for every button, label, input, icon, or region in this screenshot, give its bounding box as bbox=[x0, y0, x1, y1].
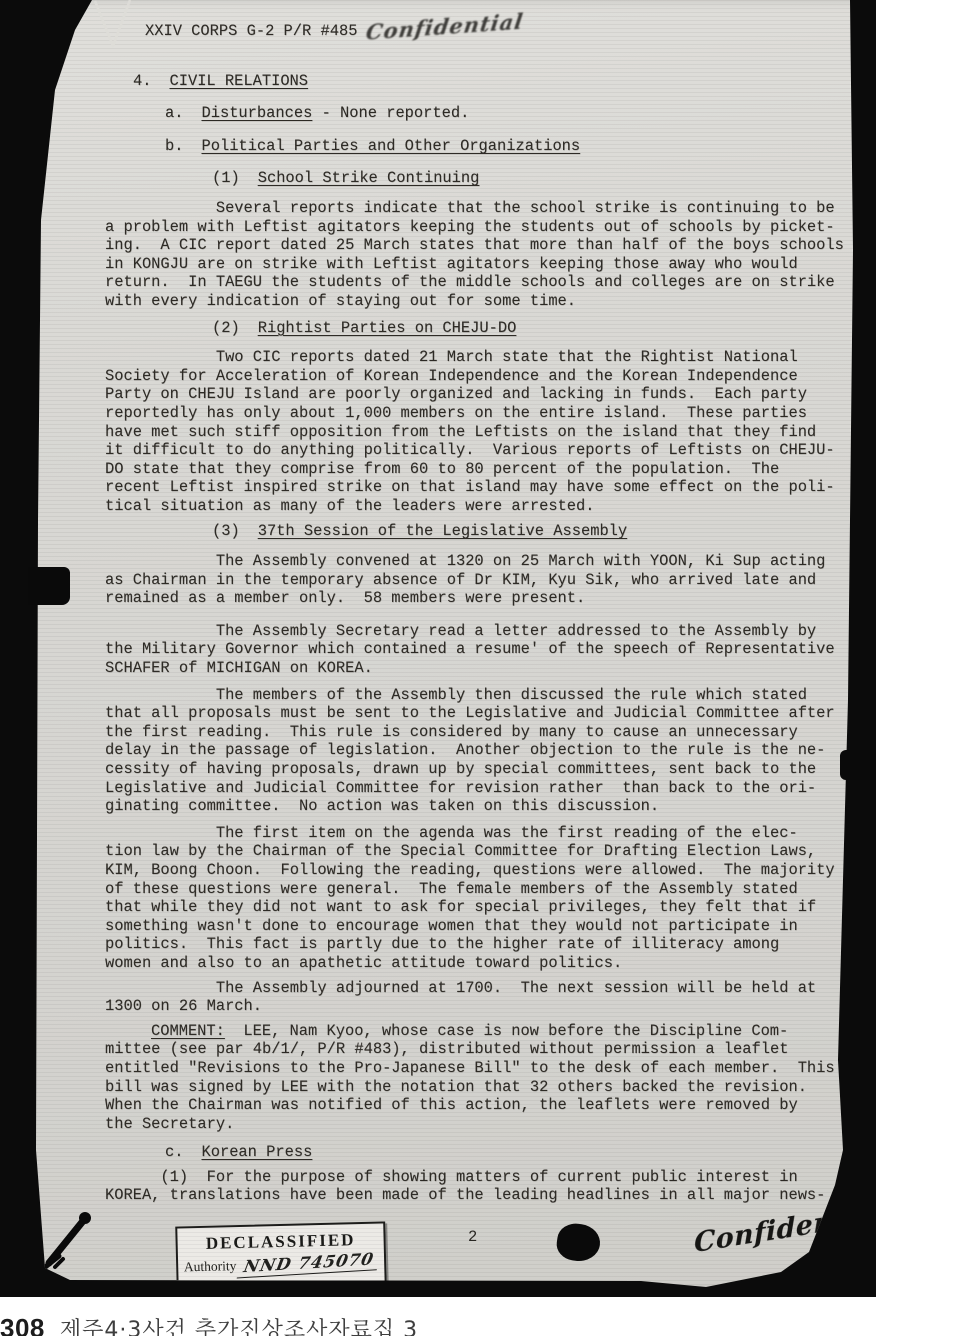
scan-artifact-right-tab bbox=[840, 750, 876, 780]
subsection-a-title: Disturbances bbox=[201, 104, 312, 122]
paragraph-school-strike: Several reports indicate that the school… bbox=[105, 199, 867, 311]
item-2-heading: (2)Rightist Parties on CHEJU-DO bbox=[105, 319, 867, 338]
authority-label: Authority bbox=[184, 1258, 237, 1274]
paragraph-korean-press: (1) For the purpose of showing matters o… bbox=[105, 1168, 867, 1205]
comment-first-line: COMMENT: LEE, Nam Kyoo, whose case is no… bbox=[105, 1022, 867, 1041]
document-paper: XXIV CORPS G-2 P/R #485 4.CIVIL RELATION… bbox=[0, 0, 876, 1297]
comment-first-rest: LEE, Nam Kyoo, whose case is now before … bbox=[225, 1022, 788, 1040]
authority-handwritten-value: NND 745070 bbox=[237, 1249, 381, 1278]
comment-continuation: mittee (see par 4b/1/, P/R #483), distri… bbox=[105, 1040, 867, 1133]
item-1-title: School Strike Continuing bbox=[258, 169, 480, 187]
subsection-a-disturbances: a.Disturbances - None reported. bbox=[105, 104, 867, 123]
item-2-number: (2) bbox=[212, 319, 240, 337]
item-3-heading: (3)37th Session of the Legislative Assem… bbox=[105, 522, 867, 541]
typewritten-document-body: XXIV CORPS G-2 P/R #485 4.CIVIL RELATION… bbox=[105, 22, 867, 1205]
item-1-heading: (1)School Strike Continuing bbox=[105, 169, 867, 188]
item-3-title: 37th Session of the Legislative Assembly bbox=[258, 522, 627, 540]
book-caption: 308 제주4·3사건 추가진상조사자료집 3 bbox=[0, 1313, 418, 1336]
subsection-b-political-parties: b.Political Parties and Other Organizati… bbox=[105, 137, 867, 156]
subsection-b-number: b. bbox=[165, 137, 183, 155]
handwritten-confidential-bottom: Confidential bbox=[694, 1198, 885, 1260]
paragraph-comment: COMMENT: LEE, Nam Kyoo, whose case is no… bbox=[105, 1022, 867, 1134]
paragraph-assembly-rule: The members of the Assembly then discuss… bbox=[105, 686, 867, 816]
paragraph-assembly-convened: The Assembly convened at 1320 on 25 Marc… bbox=[105, 552, 867, 608]
subsection-a-number: a. bbox=[165, 104, 183, 122]
scanned-document-page: XXIV CORPS G-2 P/R #485 4.CIVIL RELATION… bbox=[0, 0, 876, 1297]
item-3-number: (3) bbox=[212, 522, 240, 540]
section-title: CIVIL RELATIONS bbox=[169, 72, 308, 90]
paragraph-election-law: The first item on the agenda was the fir… bbox=[105, 824, 867, 973]
paragraph-assembly-adjourned: The Assembly adjourned at 1700. The next… bbox=[105, 979, 867, 1016]
subsection-a-rest: - None reported. bbox=[312, 104, 469, 122]
subsection-c-korean-press: c.Korean Press bbox=[105, 1143, 867, 1162]
item-2-title: Rightist Parties on CHEJU-DO bbox=[258, 319, 517, 337]
item-1-number: (1) bbox=[212, 169, 240, 187]
page-number: 2 bbox=[468, 1228, 477, 1246]
book-page-number: 308 bbox=[0, 1313, 45, 1336]
section-heading-civil-relations: 4.CIVIL RELATIONS bbox=[105, 72, 867, 91]
declassified-stamp: DECLASSIFIED AuthorityNND 745070 bbox=[175, 1221, 387, 1292]
book-caption-text: 제주4·3사건 추가진상조사자료집 3 bbox=[60, 1313, 418, 1336]
paragraph-rightist-parties: Two CIC reports dated 21 March state tha… bbox=[105, 348, 867, 515]
subsection-c-number: c. bbox=[165, 1143, 183, 1161]
scan-artifact-left-tab bbox=[28, 567, 70, 605]
hole-punch bbox=[555, 1221, 603, 1264]
pen-arrow-mark bbox=[35, 1203, 105, 1275]
declassified-stamp-authority-line: AuthorityNND 745070 bbox=[178, 1251, 384, 1277]
subsection-b-title: Political Parties and Other Organization… bbox=[201, 137, 580, 155]
comment-label: COMMENT: bbox=[151, 1022, 225, 1040]
paragraph-assembly-secretary: The Assembly Secretary read a letter add… bbox=[105, 622, 867, 678]
subsection-c-title: Korean Press bbox=[201, 1143, 312, 1161]
section-number: 4. bbox=[133, 72, 151, 90]
